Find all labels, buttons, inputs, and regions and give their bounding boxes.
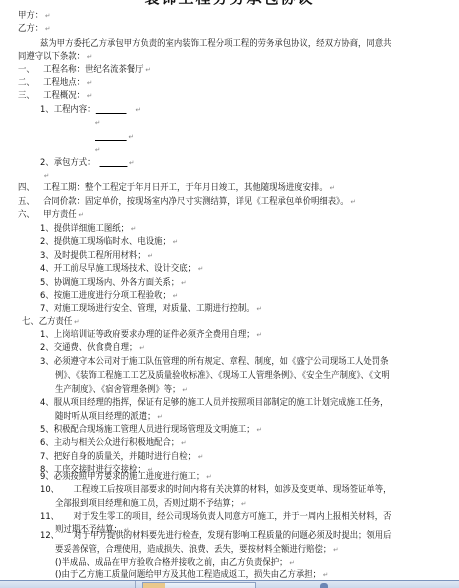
paragraph-mark-icon: ↵: [128, 133, 133, 141]
section-text: 工程工期：整个工程定于年月日开工，于年月日竣工，其他随现场进度安排。: [43, 183, 328, 193]
active-view-button[interactable]: [143, 583, 165, 588]
duty-text: 5、协调施工现场内、外各方面关系；: [40, 278, 179, 288]
duty-text: 全部报到项目经理和施工员，否则过期不予结算；: [55, 499, 239, 509]
party-b-duty-6: 6、主动与相关公众进行积极地配合；↵: [40, 438, 187, 449]
project-content-blank-2[interactable]: [95, 131, 127, 141]
section-4: 四、工程工期：整个工程定于年月日开工，于年月日竣工，其他随现场进度安排。↵: [18, 183, 335, 194]
party-a-line: 甲方：↵: [18, 11, 50, 22]
paragraph-mark-icon: ↵: [256, 331, 261, 339]
duty-text: 对于甲方提供的材料要先进行检查，发现有影响工程质量的问题必须及时提出；领用后: [73, 531, 391, 541]
party-b-duty-7: 7、把好自身的质量关，并随时进行自检；↵: [40, 452, 203, 463]
paragraph-mark-icon: ↵: [333, 546, 338, 554]
party-b-duty-12-line-1: 12、对于甲方提供的材料要先进行检查，发现有影响工程质量的问题必须及时提出；领用…: [40, 531, 392, 542]
party-b-duty-9: 9、必须按照甲方要求的施工进度进行施工；↵: [40, 472, 212, 483]
status-bar-info: [0, 581, 136, 588]
paragraph-mark-icon: ↵: [136, 106, 141, 114]
paragraph-mark-icon: ↵: [129, 159, 134, 167]
intro-paragraph-line-2: 同遵守以下条款：↵: [18, 52, 92, 63]
paragraph-mark-icon: ↵: [45, 25, 50, 33]
paragraph-mark-icon: ↵: [87, 79, 92, 87]
party-b-duty-10-line-2: 全部报到项目经理和施工员，否则过期不予结算；↵: [55, 499, 246, 510]
duty-text: ()半成品、成品在甲方验收合格并接收之前，由乙方负责保护；: [55, 558, 288, 568]
empty-line: ↵: [93, 145, 100, 156]
duty-text: 6、主动与相关公众进行积极地配合；: [40, 438, 179, 448]
duty-text: 2、交通费、伙食费自理；: [40, 343, 137, 353]
party-a-duty-4: 4、开工前尽早施工现场技术、设计交底；↵: [40, 264, 203, 275]
intro-paragraph-line-1: 兹为甲方委托乙方承包甲方负责的室内装饰工程分项工程的劳务承包协议，经双方协商，同…: [40, 39, 392, 50]
party-b-duty-5: 5、积极配合现场施工管理人员进行现场管理及文明施工；↵: [40, 425, 262, 436]
party-b-duty-3-line-1: 3、必须遵守本公司对于施工队伍管理的所有规定、章程、制度，如《盛宁公司现场工人处…: [40, 357, 389, 368]
paragraph-mark-icon: ↵: [256, 426, 261, 434]
party-b-duty-12-line-2: 要妥善保管，合理使用，造成损失、浪费、丢失，要按材料全额进行赔偿；↵: [55, 545, 339, 556]
paragraph-mark-icon: ↵: [145, 66, 150, 74]
party-a-duty-7: 7、对施工现场进行安全、管理，对质量、工期进行控制。↵: [40, 304, 262, 315]
section-text: 工程地点：: [43, 78, 85, 88]
section-2: 二、工程地点：↵: [18, 78, 92, 89]
paragraph-mark-icon: ↵: [87, 92, 92, 100]
duty-text: 随时听从项目经理的派遣；: [55, 412, 155, 422]
paragraph-mark-icon: ↵: [95, 119, 100, 127]
party-a-duty-1: 1、提供详细施工图纸；↵: [40, 224, 136, 235]
paragraph-mark-icon: ↵: [182, 386, 187, 394]
empty-line: ↵: [93, 118, 100, 129]
party-b-duty-10-line-1: 10、工程竣工后按项目部要求的时间内将有关决算的材料，如涉及变更单、现场签证单等…: [40, 485, 392, 496]
paragraph-mark-icon: ↵: [181, 279, 186, 287]
duty-text: 3、及时提供工程所用材料；: [40, 251, 146, 261]
intro-text: 同遵守以下条款：: [18, 52, 85, 62]
paragraph-mark-icon: ↵: [74, 318, 79, 326]
project-content-blank[interactable]: [96, 104, 127, 114]
section-text: 工程概况：: [43, 91, 85, 101]
section-7: 七、乙方责任↵: [22, 317, 80, 328]
duty-number: 12、: [40, 531, 73, 542]
section-number: 二、: [18, 78, 43, 89]
contract-method-blank[interactable]: [99, 157, 127, 167]
paragraph-mark-icon: ↵: [78, 211, 83, 219]
document-page: 装饰工程劳务承包协议 甲方：↵ 乙方：↵ 兹为甲方委托乙方承包甲方负责的室内装饰…: [0, 0, 459, 580]
duty-text: 对于发生零工的项目，经公司现场负责人同意方可施工，并于一周内上报相关材料，否: [73, 512, 391, 522]
paragraph-mark-icon: ↵: [45, 12, 50, 20]
zoom-slider-handle[interactable]: [320, 583, 328, 588]
duty-text: 生产制度》、《宿舍管理条例》等；: [55, 385, 181, 395]
paragraph-mark-icon: ↵: [148, 252, 153, 260]
section-6: 六、甲方责任↵: [18, 210, 84, 221]
section-1: 一、工程名称：世纪名流茶餐厅↵: [18, 65, 151, 76]
section-number: 一、: [18, 65, 43, 76]
duty-text: 1、上岗培训证等政府要求办理的证件必须齐全费用自理；: [40, 330, 255, 340]
duty-number: 11、: [40, 512, 73, 523]
duty-text: 7、把好自身的质量关，并随时进行自检；: [40, 452, 196, 462]
party-b-duty-2: 2、交通费、伙食费自理；↵: [40, 343, 145, 354]
paragraph-mark-icon: ↵: [87, 53, 92, 61]
section-number: 四、: [18, 183, 43, 194]
paragraph-mark-icon: ↵: [44, 172, 49, 180]
contract-method-line: 2、承包方式：↵: [40, 157, 134, 169]
paragraph-mark-icon: ↵: [330, 184, 335, 192]
party-b-duty-1: 1、上岗培训证等政府要求办理的证件必须齐全费用自理；↵: [40, 330, 262, 341]
paragraph-mark-icon: ↵: [256, 305, 261, 313]
party-a-duty-5: 5、协调施工现场内、外各方面关系；↵: [40, 278, 187, 289]
duty-text: 6、按施工进度进行分项工程验收；: [40, 291, 171, 301]
duty-text: 工程竣工后按项目部要求的时间内将有关决算的材料，如涉及变更单、现场签证单等，: [73, 485, 391, 495]
party-b-duty-3-line-2: 例》、《装饰工程施工工艺及质量验收标准》、《现场工人管理条例》、《安全生产制度》…: [55, 371, 390, 382]
duty-text: 4、开工前尽早施工现场技术、设计交底；: [40, 264, 196, 274]
section-text: 工程名称：世纪名流茶餐厅: [43, 65, 143, 75]
section-text: 甲方责任: [43, 210, 76, 220]
document-title: 装饰工程劳务承包协议: [0, 0, 459, 6]
paragraph-mark-icon: ↵: [139, 344, 144, 352]
section-text: 乙方责任: [39, 317, 72, 327]
paragraph-mark-icon: ↵: [181, 439, 186, 447]
party-b-duty-3-line-3: 生产制度》、《宿舍管理条例》等；↵: [55, 385, 188, 396]
party-b-line: 乙方：↵: [18, 24, 50, 35]
duty-text: 5、积极配合现场施工管理人员进行现场管理及文明施工；: [40, 425, 255, 435]
party-b-label: 乙方：: [18, 24, 43, 34]
party-a-label: 甲方：: [18, 11, 43, 21]
section-number: 七、: [22, 317, 39, 327]
status-bar: [0, 580, 459, 588]
project-content-blank-line: ↵: [95, 131, 134, 143]
section-number: 三、: [18, 91, 43, 102]
section-number: 五、: [18, 197, 43, 208]
party-b-duty-12-line-3: ()半成品、成品在甲方验收合格并接收之前，由乙方负责保护；↵: [55, 558, 295, 569]
paragraph-mark-icon: ↵: [131, 225, 136, 233]
empty-line: ↵: [42, 171, 49, 182]
paragraph-mark-icon: ↵: [323, 571, 328, 579]
paragraph-mark-icon: ↵: [198, 265, 203, 273]
duty-number: 10、: [40, 485, 73, 496]
paragraph-mark-icon: ↵: [206, 473, 211, 481]
paragraph-mark-icon: ↵: [95, 146, 100, 154]
duty-text: 7、对施工现场进行安全、管理，对质量、工期进行控制。: [40, 304, 255, 314]
section-3: 三、工程概况：↵: [18, 91, 92, 102]
paragraph-mark-icon: ↵: [241, 500, 246, 508]
party-a-duty-6: 6、按施工进度进行分项工程验收；↵: [40, 291, 178, 302]
party-a-duty-2: 2、提供施工现场临时水、电设施；↵: [40, 237, 178, 248]
paragraph-mark-icon: ↵: [173, 292, 178, 300]
contract-method-label: 2、承包方式：: [40, 158, 96, 168]
project-content-line: 1、工程内容：↵: [40, 104, 141, 116]
party-b-duty-11-line-1: 11、对于发生零工的项目，经公司现场负责人同意方可施工，并于一周内上报相关材料，…: [40, 512, 392, 523]
section-text: 合同价款：固定单价，按现场室内净尺寸实测结算，详见《工程承包单价明细表》。: [43, 197, 349, 207]
paragraph-mark-icon: ↵: [350, 198, 355, 206]
duty-text: 要妥善保管，合理使用，造成损失、浪费、丢失，要按材料全额进行赔偿；: [55, 545, 331, 555]
project-content-label: 1、工程内容：: [40, 105, 96, 115]
party-b-duty-4-line-2: 随时听从项目经理的派遣；↵: [55, 412, 163, 423]
paragraph-mark-icon: ↵: [198, 453, 203, 461]
party-a-duty-3: 3、及时提供工程所用材料；↵: [40, 251, 153, 262]
duty-text: 9、必须按照甲方要求的施工进度进行施工；: [40, 472, 204, 482]
paragraph-mark-icon: ↵: [157, 413, 162, 421]
party-b-duty-4-line-1: 4、服从项目经理的指挥，保证有足够的施工人员并按照项目部制定的施工计划完成施工任…: [40, 398, 389, 409]
section-5: 五、合同价款：固定单价，按现场室内净尺寸实测结算，详见《工程承包单价明细表》。↵: [18, 197, 356, 208]
section-number: 六、: [18, 210, 43, 221]
duty-text: 1、提供详细施工图纸；: [40, 224, 129, 234]
duty-text: 2、提供施工现场临时水、电设施；: [40, 237, 171, 247]
paragraph-mark-icon: ↵: [289, 559, 294, 567]
paragraph-mark-icon: ↵: [173, 238, 178, 246]
duty-text: ()由于乙方施工质量问题给甲方及其他工程造成返工，损失由乙方承担；: [55, 570, 321, 580]
